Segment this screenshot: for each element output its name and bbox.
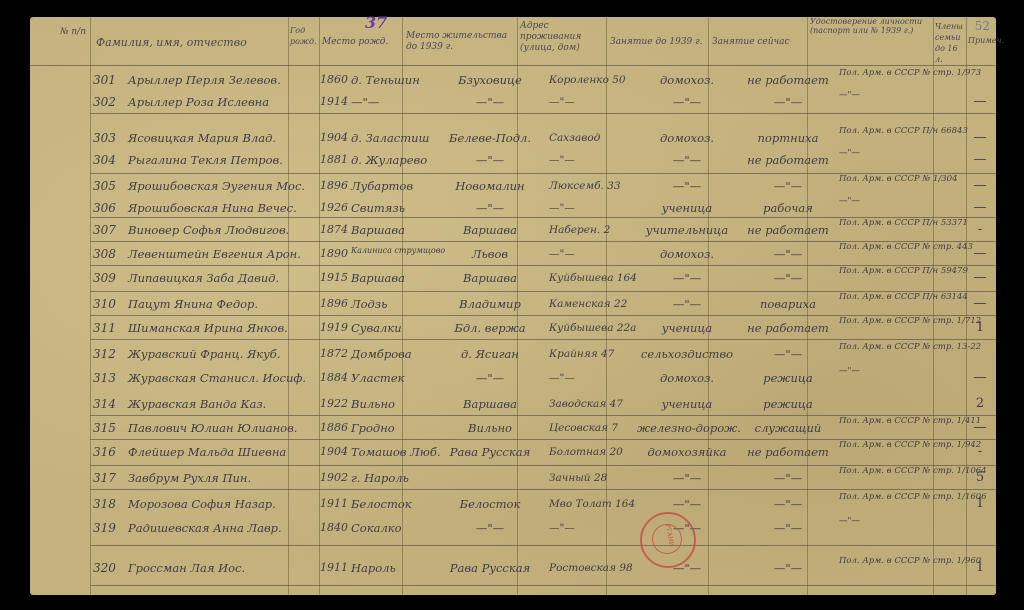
table-row: ✓ 309 Липавицкая Заба Давид. 1915 Варшав… xyxy=(60,267,996,289)
occupation-1939: —"— xyxy=(637,296,737,312)
occupation-now: —"— xyxy=(740,270,836,286)
birthplace: Домброва xyxy=(351,346,431,362)
occupation-1939: учительница xyxy=(637,222,737,238)
document-id: Пол. Арм. в СССР П/н 59479 xyxy=(839,267,961,276)
header-num: № п/п xyxy=(60,27,88,38)
address: —"— xyxy=(549,152,635,168)
row-divider xyxy=(90,585,996,586)
address: Наберен. 2 xyxy=(549,222,635,238)
birth-year: 1914 xyxy=(320,94,350,110)
document-id: Пол. Арм. в СССР № стр. 1/960 xyxy=(839,557,961,566)
occupation-now: режица xyxy=(740,396,836,412)
address: —"— xyxy=(549,246,635,262)
address: —"— xyxy=(549,200,635,216)
address: Каменская 22 xyxy=(549,296,635,312)
place-1939: Белосток xyxy=(435,496,545,512)
occupation-1939: —"— xyxy=(637,178,737,194)
document-id: —"— xyxy=(839,517,961,526)
person-name: Ярошибовская Эугения Мос. xyxy=(128,178,318,194)
occupation-now: —"— xyxy=(740,94,836,110)
occupation-now: —"— xyxy=(740,496,836,512)
address: Цесовская 7 xyxy=(549,420,635,436)
occupation-1939: ученица xyxy=(637,320,737,336)
birthplace: Сувалки xyxy=(351,320,431,336)
document-id: —"— xyxy=(839,197,961,206)
occupation-now: не работает xyxy=(740,222,836,238)
row-number: 312 xyxy=(93,346,125,362)
row-divider xyxy=(90,173,996,174)
address: Болотная 20 xyxy=(549,444,635,460)
table-row: ✓ 315 Павлович Юлиан Юлианов. 1886 Гродн… xyxy=(60,417,996,439)
table-row: ✓ 312 Журавский Франц. Якуб. 1872 Домбро… xyxy=(60,343,996,365)
address: Мво Толат 164 xyxy=(549,496,635,512)
table-row: ✓ 317 Завбрум Рухля Пин. 1902 г. Нароль … xyxy=(60,467,996,489)
place-1939: Рава Русская xyxy=(435,560,545,576)
family-count: - xyxy=(965,222,995,238)
document-id: —"— xyxy=(839,149,961,158)
header-address: Адрес проживания (улица, дом) xyxy=(520,21,604,54)
address: Куйбышева 22а xyxy=(549,320,635,336)
family-count: — xyxy=(965,94,995,110)
occupation-now: не работает xyxy=(740,320,836,336)
birthplace: Вильно xyxy=(351,396,431,412)
place-1939: —"— xyxy=(435,94,545,110)
place-1939: Рава Русская xyxy=(435,444,545,460)
table-row: ✓ 305 Ярошибовская Эугения Мос. 1896 Луб… xyxy=(60,175,996,197)
row-number: 316 xyxy=(93,444,125,460)
place-1939: Варшава xyxy=(435,396,545,412)
birthplace: Лодзь xyxy=(351,296,431,312)
address: Куйбышева 164 xyxy=(549,270,635,286)
occupation-now: —"— xyxy=(740,346,836,362)
document-id: Пол. Арм. в СССР № стр. 443 xyxy=(839,243,961,252)
archive-stamp: РГАНИ xyxy=(640,512,696,568)
address: Короленко 50 xyxy=(549,72,635,88)
row-number: 318 xyxy=(93,496,125,512)
birthplace: Нароль xyxy=(351,560,431,576)
document-id: Пол. Арм. в СССР № стр. 1/1606 xyxy=(839,493,961,502)
document-id: Пол. Арм. в СССР № 1/304 xyxy=(839,175,961,184)
birthplace: Варшава xyxy=(351,270,431,286)
row-divider xyxy=(90,315,996,316)
table-row: ✓ 314 Журавская Ванда Каз. 1922 Вильно В… xyxy=(60,393,996,415)
address: Зачный 28 xyxy=(549,470,635,486)
person-name: Радишевская Анна Лавр. xyxy=(128,520,318,536)
place-1939: —"— xyxy=(435,200,545,216)
family-count: — xyxy=(965,130,995,146)
row-number: 307 xyxy=(93,222,125,238)
family-count: 2 xyxy=(965,396,995,412)
occupation-now: рабочая xyxy=(740,200,836,216)
occupation-1939: —"— xyxy=(637,470,737,486)
page-marker: 37 xyxy=(365,13,387,32)
address: Сахзавод xyxy=(549,130,635,146)
occupation-1939: —"— xyxy=(637,152,737,168)
place-1939: —"— xyxy=(435,520,545,536)
birth-year: 1915 xyxy=(320,270,350,286)
header-divider xyxy=(30,65,996,66)
document-id: Пол. Арм. в СССР № стр. 1/942 xyxy=(839,441,961,450)
birth-year: 1926 xyxy=(320,200,350,216)
birthplace: Калиниса струмщово xyxy=(351,246,431,255)
row-divider xyxy=(90,439,996,440)
row-divider xyxy=(90,545,996,546)
occupation-now: не работает xyxy=(740,72,836,88)
family-count: 1 xyxy=(965,560,995,576)
row-number: 306 xyxy=(93,200,125,216)
occupation-1939: домохозяйка xyxy=(637,444,737,460)
birthplace: Варшава xyxy=(351,222,431,238)
row-divider xyxy=(90,339,996,340)
person-name: Морозова София Назар. xyxy=(128,496,318,512)
address: Заводская 47 xyxy=(549,396,635,412)
birth-year: 1890 xyxy=(320,246,350,262)
birth-year: 1902 xyxy=(320,470,350,486)
occupation-1939: домохоз. xyxy=(637,130,737,146)
document-id: Пол. Арм. в СССР П/н 53371 xyxy=(839,219,961,228)
address: Ростовская 98 xyxy=(549,560,635,576)
document-id: Пол. Арм. в СССР № стр. 1/712 xyxy=(839,317,961,326)
person-name: Журавская Станисл. Иосиф. xyxy=(128,370,318,386)
birth-year: 1911 xyxy=(320,560,350,576)
row-number: 304 xyxy=(93,152,125,168)
person-name: Завбрум Рухля Пин. xyxy=(128,470,318,486)
place-1939: Бдл. вержа xyxy=(435,320,545,336)
birth-year: 1896 xyxy=(320,178,350,194)
person-name: Арыллер Роза Ислевна xyxy=(128,94,318,110)
birthplace: г. Нароль xyxy=(351,470,431,486)
place-1939: —"— xyxy=(435,152,545,168)
table-row: ✓ 313 Журавская Станисл. Иосиф. 1884 Ула… xyxy=(60,367,996,389)
document-id: —"— xyxy=(839,91,961,100)
occupation-now: —"— xyxy=(740,560,836,576)
birthplace: Томашов Люб. xyxy=(351,444,431,460)
person-name: Левенштейн Евгения Арон. xyxy=(128,246,318,262)
person-name: Липавицкая Заба Давид. xyxy=(128,270,318,286)
row-number: 309 xyxy=(93,270,125,286)
place-1939: —"— xyxy=(435,370,545,386)
person-name: Флейшер Мальда Шиевна xyxy=(128,444,318,460)
family-count: — xyxy=(965,420,995,436)
place-1939: Новомалин xyxy=(435,178,545,194)
occupation-now: не работает xyxy=(740,444,836,460)
table-row: ✓ 304 Рыгалина Текля Петров. 1881 д. Жул… xyxy=(60,149,996,171)
table-row: ✓ 320 Гроссман Лая Иос. 1911 Нароль Рава… xyxy=(60,557,996,579)
family-count: — xyxy=(965,246,995,262)
place-1939: Владимир xyxy=(435,296,545,312)
birthplace: —"— xyxy=(351,94,431,110)
row-number: 301 xyxy=(93,72,125,88)
family-count: — xyxy=(965,296,995,312)
occupation-1939: —"— xyxy=(637,94,737,110)
row-number: 305 xyxy=(93,178,125,194)
person-name: Виновер Софья Людвигов. xyxy=(128,222,318,238)
birth-year: 1904 xyxy=(320,444,350,460)
row-divider xyxy=(90,415,996,416)
occupation-now: служащий xyxy=(740,420,836,436)
table-row: ✓ 311 Шиманская Ирина Янков. 1919 Сувалк… xyxy=(60,317,996,339)
family-count: — xyxy=(965,178,995,194)
person-name: Рыгалина Текля Петров. xyxy=(128,152,318,168)
family-count: — xyxy=(965,200,995,216)
table-row: ✓ 308 Левенштейн Евгения Арон. 1890 Кали… xyxy=(60,243,996,265)
person-name: Арыллер Перля Зелевов. xyxy=(128,72,318,88)
occupation-1939: —"— xyxy=(637,270,737,286)
header-name: Фамилия, имя, отчество xyxy=(96,37,284,48)
occupation-1939: ученица xyxy=(637,200,737,216)
row-divider xyxy=(90,489,996,490)
table-row: ✓ 319 Радишевская Анна Лавр. 1840 Сокалк… xyxy=(60,517,996,539)
stamp-label: РГАНИ xyxy=(664,524,675,548)
birth-year: 1840 xyxy=(320,520,350,536)
table-row: ✓ 307 Виновер Софья Людвигов. 1874 Варша… xyxy=(60,219,996,241)
occupation-1939: ученица xyxy=(637,396,737,412)
family-count: — xyxy=(965,370,995,386)
address: —"— xyxy=(549,94,635,110)
header-document: Удостоверение личности (паспорт или № 19… xyxy=(810,17,930,35)
occupation-1939: домохоз. xyxy=(637,72,737,88)
occupation-1939: домохоз. xyxy=(637,370,737,386)
place-1939: Белеве-Подл. xyxy=(435,130,545,146)
row-number: 317 xyxy=(93,470,125,486)
document-id: Пол. Арм. в СССР П/н 63144 xyxy=(839,293,961,302)
row-divider xyxy=(90,465,996,466)
birthplace: Уластек xyxy=(351,370,431,386)
row-divider xyxy=(90,113,996,114)
header-occupation-now: Занятие сейчас xyxy=(712,37,806,48)
birthplace: Сокалко xyxy=(351,520,431,536)
row-number: 315 xyxy=(93,420,125,436)
birth-year: 1911 xyxy=(320,496,350,512)
birth-year: 1922 xyxy=(320,396,350,412)
birth-year: 1886 xyxy=(320,420,350,436)
family-count: — xyxy=(965,152,995,168)
occupation-1939: железно-дорож. xyxy=(637,420,737,436)
archival-document-page: № п/п Фамилия, имя, отчество Год рожд. М… xyxy=(30,17,996,595)
header-note: Примеч. xyxy=(968,35,994,46)
row-divider xyxy=(90,291,996,292)
birth-year: 1904 xyxy=(320,130,350,146)
place-1939: Вильно xyxy=(435,420,545,436)
row-number: 314 xyxy=(93,396,125,412)
person-name: Журавский Франц. Якуб. xyxy=(128,346,318,362)
table-row: ✓ 316 Флейшер Мальда Шиевна 1904 Томашов… xyxy=(60,441,996,463)
birthplace: д. Заластиш xyxy=(351,130,431,146)
occupation-1939: сельхоздиство xyxy=(637,346,737,362)
table-row: ✓ 310 Пацут Янина Федор. 1896 Лодзь Влад… xyxy=(60,293,996,315)
birth-year: 1881 xyxy=(320,152,350,168)
birthplace: Лубартов xyxy=(351,178,431,194)
family-count: 1 xyxy=(965,320,995,336)
birth-year: 1896 xyxy=(320,296,350,312)
birthplace: д. Теньшин xyxy=(351,72,431,88)
occupation-now: —"— xyxy=(740,470,836,486)
person-name: Шиманская Ирина Янков. xyxy=(128,320,318,336)
person-name: Журавская Ванда Каз. xyxy=(128,396,318,412)
birth-year: 1860 xyxy=(320,72,350,88)
document-id: Пол. Арм. в СССР № стр. 1/1064 xyxy=(839,467,961,476)
place-1939: Бзуховице xyxy=(435,72,545,88)
address: Люксемб. 33 xyxy=(549,178,635,194)
row-number: 308 xyxy=(93,246,125,262)
document-id: —"— xyxy=(839,367,961,376)
birthplace: Гродно xyxy=(351,420,431,436)
birth-year: 1919 xyxy=(320,320,350,336)
occupation-now: повариха xyxy=(740,296,836,312)
row-number: 319 xyxy=(93,520,125,536)
document-id: Пол. Арм. в СССР № стр. 13-22 xyxy=(839,343,961,352)
address: —"— xyxy=(549,520,635,536)
occupation-now: —"— xyxy=(740,246,836,262)
address: —"— xyxy=(549,370,635,386)
occupation-now: —"— xyxy=(740,178,836,194)
place-1939: Львов xyxy=(435,246,545,262)
occupation-now: режица xyxy=(740,370,836,386)
person-name: Ярошибовская Нина Вечес. xyxy=(128,200,318,216)
birth-year: 1874 xyxy=(320,222,350,238)
table-row: ✓ 302 Арыллер Роза Ислевна 1914 —"— —"— … xyxy=(60,91,996,113)
occupation-now: не работает xyxy=(740,152,836,168)
place-1939: д. Ясиган xyxy=(435,346,545,362)
birthplace: Белосток xyxy=(351,496,431,512)
header-birthplace: Место рожд. xyxy=(322,37,400,48)
occupation-now: портниха xyxy=(740,130,836,146)
birth-year: 1884 xyxy=(320,370,350,386)
row-number: 313 xyxy=(93,370,125,386)
document-id: Пол. Арм. в СССР № стр. 1/411 xyxy=(839,417,961,426)
birthplace: д. Жуларево xyxy=(351,152,431,168)
person-name: Пацут Янина Федор. xyxy=(128,296,318,312)
birthplace: Свитязь xyxy=(351,200,431,216)
sheet-number: 52 xyxy=(975,19,990,33)
header-year: Год рожд. xyxy=(290,25,318,47)
row-divider xyxy=(90,265,996,266)
address: Крайняя 47 xyxy=(549,346,635,362)
table-row: ✓ 303 Ясовицкая Мария Влад. 1904 д. Зала… xyxy=(60,127,996,149)
table-row: ✓ 306 Ярошибовская Нина Вечес. 1926 Свит… xyxy=(60,197,996,219)
document-id: Пол. Арм. в СССР П/н 66843 xyxy=(839,127,961,136)
row-number: 303 xyxy=(93,130,125,146)
family-count: 1 xyxy=(965,496,995,512)
person-name: Гроссман Лая Иос. xyxy=(128,560,318,576)
header-family: Члены семьи до 16 л. xyxy=(935,21,965,65)
header-occupation-1939: Занятие до 1939 г. xyxy=(610,37,706,48)
occupation-1939: —"— xyxy=(637,496,737,512)
family-count: - xyxy=(965,444,995,460)
table-header: № п/п Фамилия, имя, отчество Год рожд. М… xyxy=(30,17,996,65)
place-1939: Варшава xyxy=(435,222,545,238)
row-number: 302 xyxy=(93,94,125,110)
family-count: 5 xyxy=(965,470,995,486)
table-row: ✓ 318 Морозова София Назар. 1911 Белосто… xyxy=(60,493,996,515)
birth-year: 1872 xyxy=(320,346,350,362)
person-name: Павлович Юлиан Юлианов. xyxy=(128,420,318,436)
row-number: 311 xyxy=(93,320,125,336)
occupation-1939: домохоз. xyxy=(637,246,737,262)
row-number: 320 xyxy=(93,560,125,576)
document-id: Пол. Арм. в СССР № стр. 1/973 xyxy=(839,69,961,78)
row-divider xyxy=(90,241,996,242)
person-name: Ясовицкая Мария Влад. xyxy=(128,130,318,146)
header-place-1939: Место жительства до 1939 г. xyxy=(406,31,514,53)
row-number: 310 xyxy=(93,296,125,312)
occupation-now: —"— xyxy=(740,520,836,536)
place-1939: Варшава xyxy=(435,270,545,286)
family-count: — xyxy=(965,270,995,286)
table-row: ✓ 301 Арыллер Перля Зелевов. 1860 д. Тен… xyxy=(60,69,996,91)
